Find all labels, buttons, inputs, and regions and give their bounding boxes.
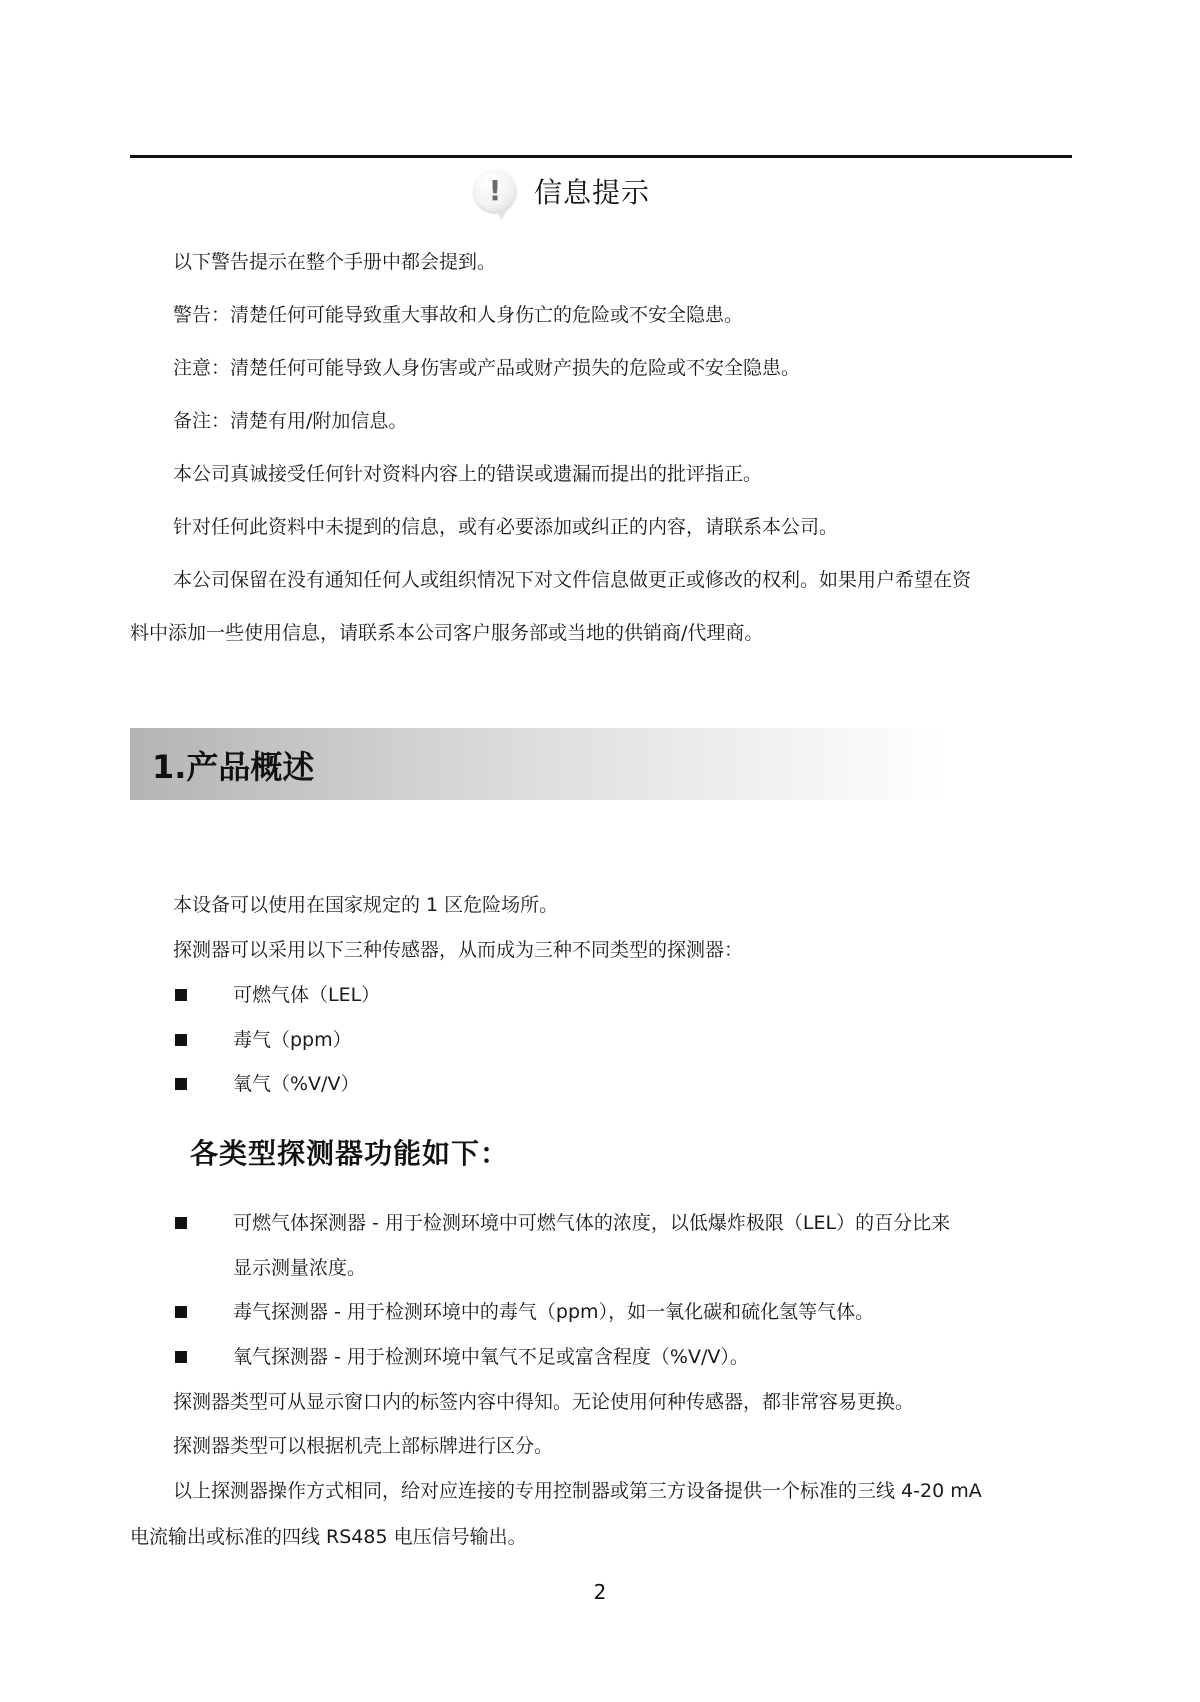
function-item: 毒气探测器 ‐ 用于检测环境中的毒气（ppm），如一氧化碳和硫化氢等气体。: [233, 1300, 874, 1324]
output-line: 电流输出或标准的四线 RS485 电压信号输出。: [130, 1525, 527, 1549]
info-note-line: 备注：清楚有用/附加信息。: [173, 409, 407, 433]
output-line: 以上探测器操作方式相同，给对应连接的专用控制器或第三方设备提供一个标准的三线 4…: [173, 1479, 982, 1503]
function-item: 可燃气体探测器 ‐ 用于检测环境中可燃气体的浓度，以低爆炸极限（LEL）的百分比…: [233, 1211, 950, 1235]
page-number: 2: [0, 1580, 1200, 1604]
section-header-bar: 1.产品概述: [130, 728, 946, 800]
bullet-icon: [175, 1217, 187, 1229]
function-item: 氧气探测器 ‐ 用于检测环境中氧气不足或富含程度（%V/V）。: [233, 1345, 749, 1369]
note-line: 探测器类型可以根据机壳上部标牌进行区分。: [173, 1434, 553, 1458]
bullet-icon: [175, 989, 187, 1001]
section-title: 1.产品概述: [152, 742, 314, 788]
info-warning-line: 警告：清楚任何可能导致重大事故和人身伤亡的危险或不安全隐患。: [173, 303, 743, 327]
exclamation-bubble-icon: !: [474, 170, 516, 212]
info-closing-line: 本公司保留在没有通知任何人或组织情况下对文件信息做更正或修改的权利。如果用户希望…: [173, 568, 971, 592]
sensor-type-item: 氧气（%V/V）: [233, 1072, 359, 1096]
bullet-icon: [175, 1306, 187, 1318]
bullet-icon: [175, 1034, 187, 1046]
info-closing-line: 料中添加一些使用信息，请联系本公司客户服务部或当地的供销商/代理商。: [130, 621, 763, 645]
note-line: 探测器类型可从显示窗口内的标签内容中得知。无论使用何种传感器，都非常容易更换。: [173, 1390, 914, 1414]
sensor-type-item: 毒气（ppm）: [233, 1028, 352, 1052]
info-caution-line: 注意：清楚任何可能导致人身伤害或产品或财产损失的危险或不安全隐患。: [173, 356, 800, 380]
info-title: 信息提示: [534, 171, 650, 211]
functions-heading: 各类型探测器功能如下：: [190, 1132, 509, 1172]
intro-line: 探测器可以采用以下三种传感器，从而成为三种不同类型的探测器：: [173, 938, 743, 962]
bullet-icon: [175, 1078, 187, 1090]
top-rule: [130, 155, 1072, 158]
function-item-continued: 显示测量浓度。: [233, 1256, 366, 1280]
bullet-icon: [175, 1351, 187, 1363]
exclamation-mark: !: [489, 177, 502, 205]
info-header: ! 信息提示: [474, 166, 650, 216]
intro-line: 本设备可以使用在国家规定的 1 区危险场所。: [173, 893, 558, 917]
sensor-type-item: 可燃气体（LEL）: [233, 983, 380, 1007]
info-line: 针对任何此资料中未提到的信息，或有必要添加或纠正的内容，请联系本公司。: [173, 515, 838, 539]
info-line: 以下警告提示在整个手册中都会提到。: [173, 250, 496, 274]
info-line: 本公司真诚接受任何针对资料内容上的错误或遗漏而提出的批评指正。: [173, 462, 762, 486]
